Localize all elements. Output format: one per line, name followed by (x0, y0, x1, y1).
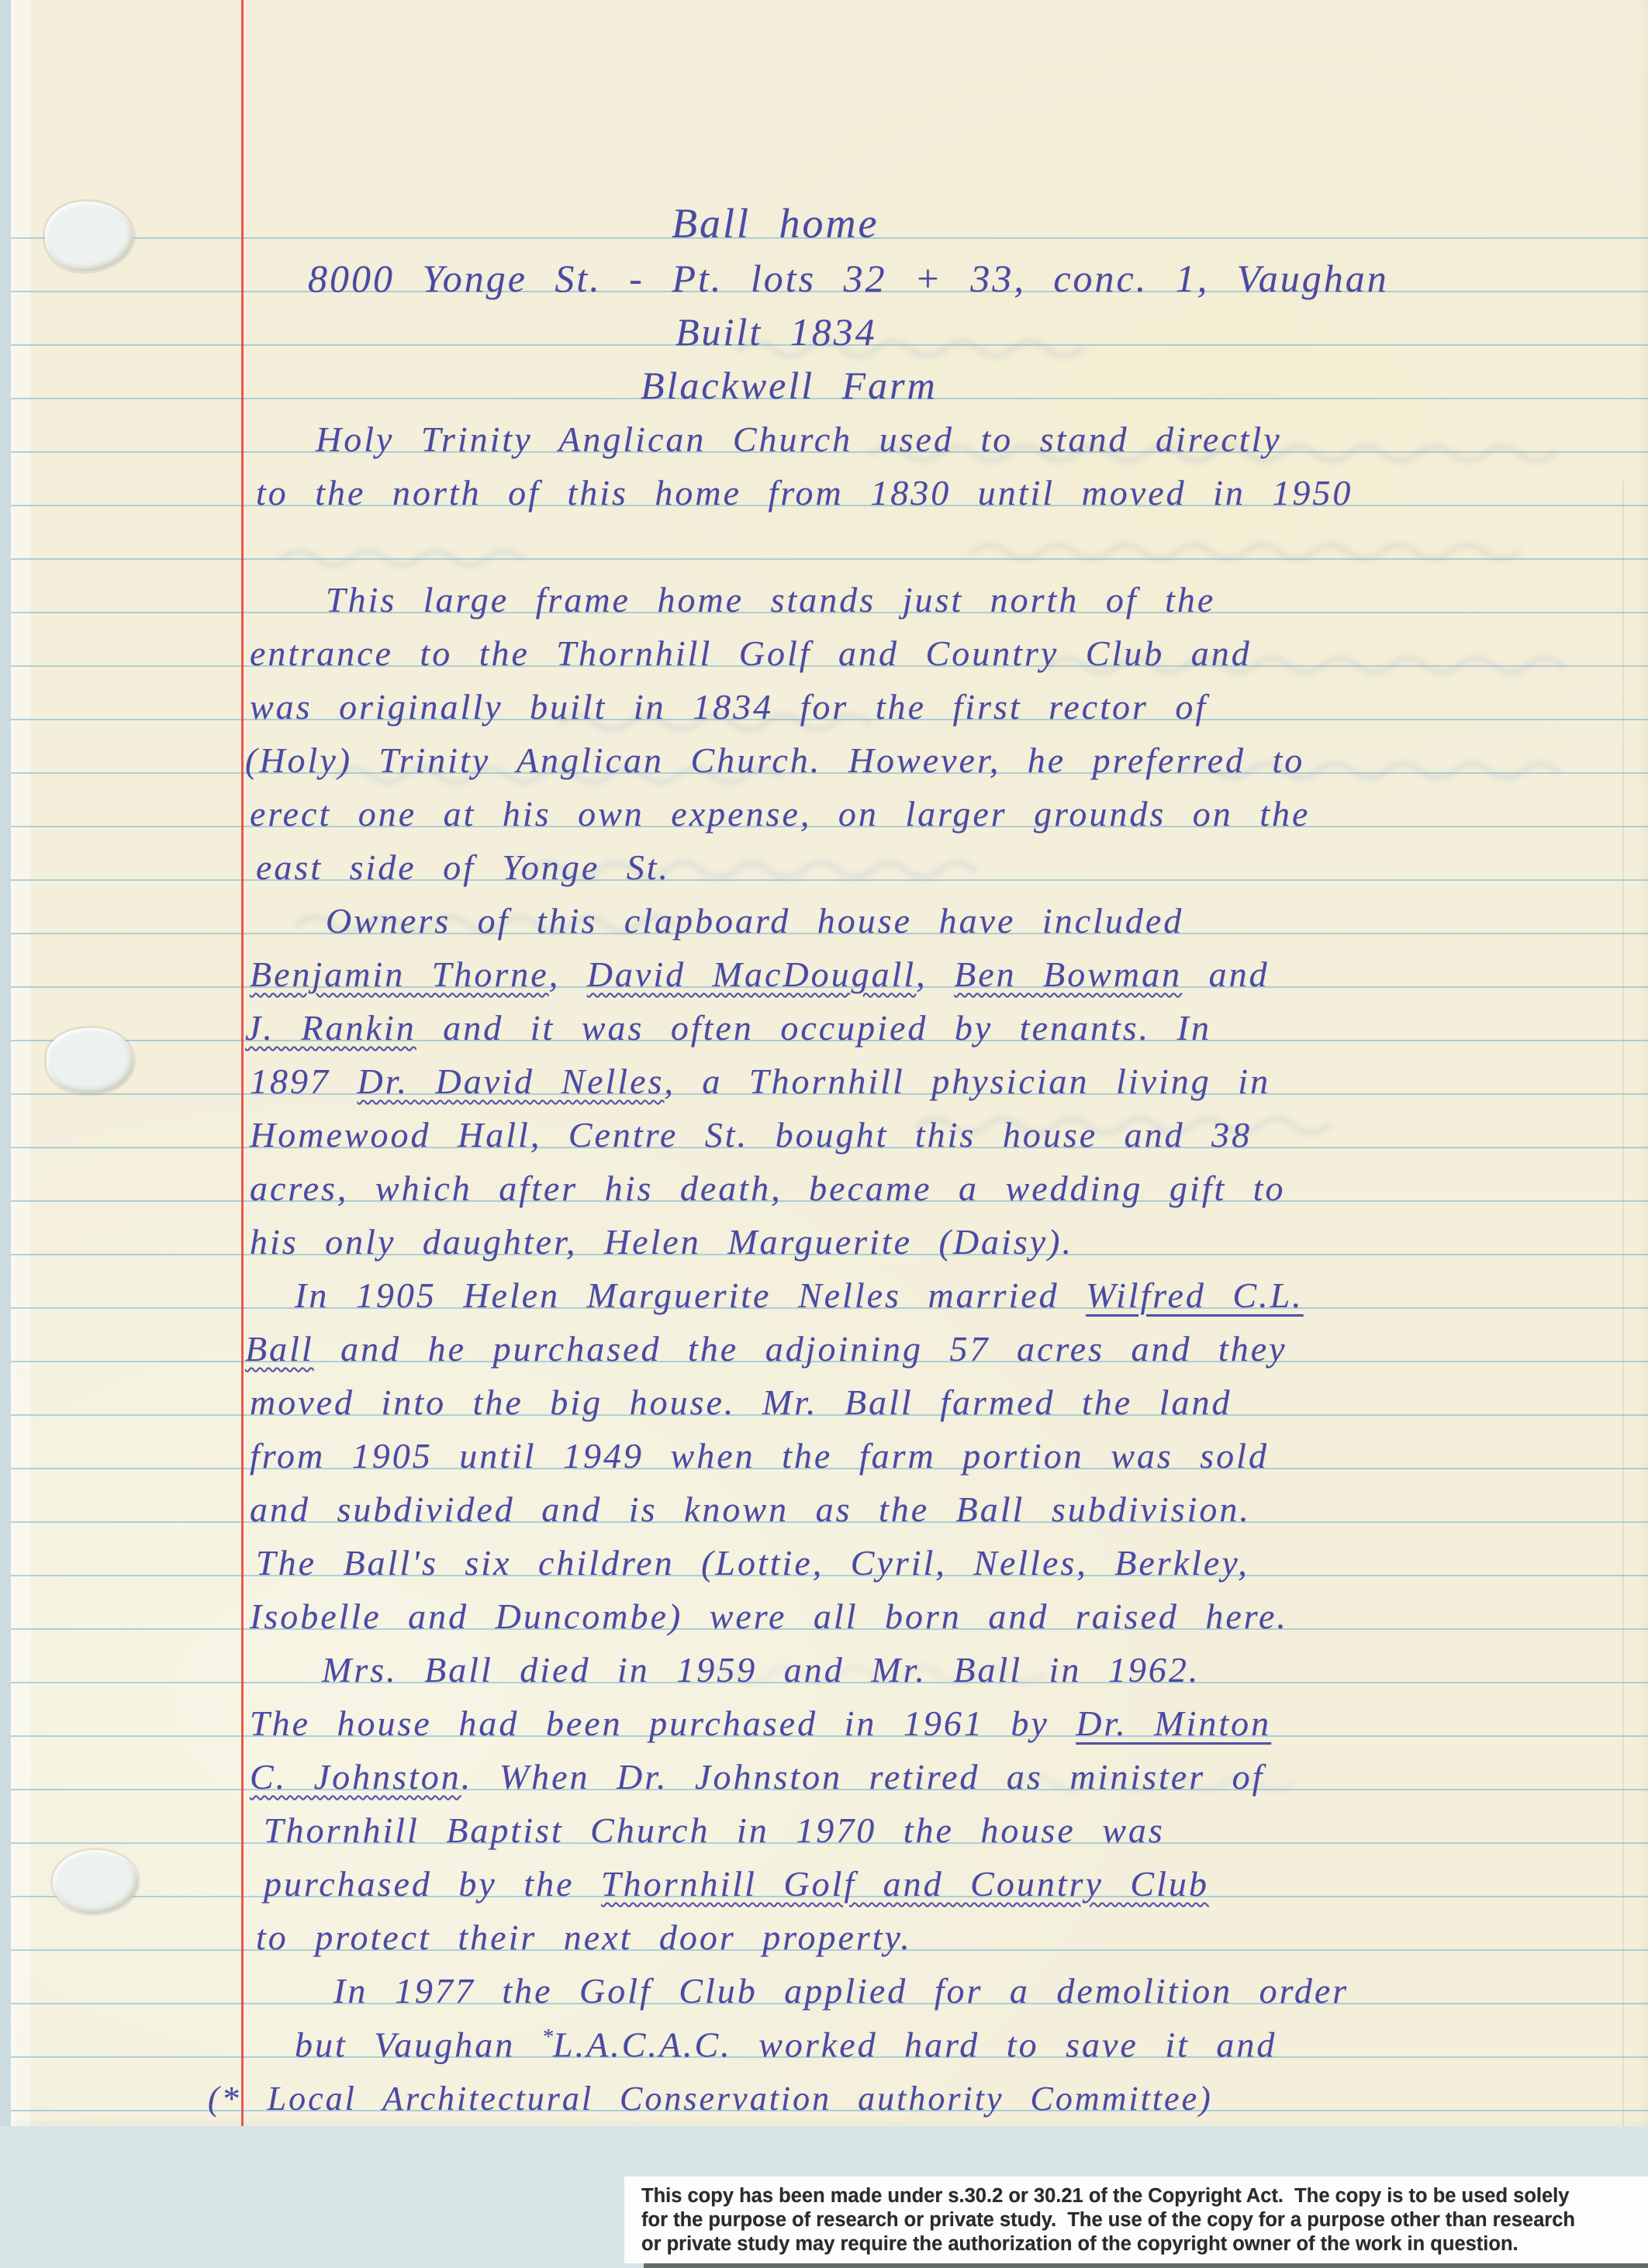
copyright-notice-line: or private study may require the authori… (641, 2232, 1648, 2256)
handwritten-line: to the north of this home from 1830 unti… (256, 475, 1353, 511)
handwriting-text: In 1905 Helen Marguerite Nelles married (295, 1276, 1086, 1315)
handwriting-text: Thornhill Baptist Church in 1970 the hou… (264, 1811, 1165, 1850)
handwriting-text: erect one at his own expense, on larger … (250, 794, 1310, 834)
handwriting-text: , (549, 954, 587, 994)
handwriting-text: and subdivided and is known as the Ball … (250, 1490, 1251, 1529)
handwritten-line: but Vaughan *L.A.C.A.C. worked hard to s… (295, 2027, 1277, 2063)
handwritten-line: Benjamin Thorne, David MacDougall, Ben B… (250, 957, 1270, 992)
handwriting-text: Mrs. Ball died in 1959 and Mr. Ball in 1… (322, 1650, 1200, 1690)
handwriting-text: The Ball's six children (Lottie, Cyril, … (256, 1543, 1249, 1583)
handwriting-text: Owners of this clapboard house have incl… (326, 901, 1183, 941)
underlined-name: Dr. Minton (1076, 1704, 1271, 1743)
handwritten-line: This large frame home stands just north … (326, 582, 1215, 618)
handwritten-line: The Ball's six children (Lottie, Cyril, … (256, 1545, 1249, 1581)
handwritten-line: from 1905 until 1949 when the farm porti… (250, 1438, 1269, 1474)
handwriting-text: Isobelle and Duncombe) were all born and… (250, 1597, 1288, 1636)
handwriting-text: L.A.C.A.C. worked hard to save it and (553, 2025, 1277, 2064)
handwriting-text: Holy Trinity Anglican Church used to sta… (316, 419, 1282, 459)
handwriting-text: 1897 (250, 1062, 358, 1101)
handwritten-line: and subdivided and is known as the Ball … (250, 1492, 1251, 1528)
handwritten-line: In 1905 Helen Marguerite Nelles married … (295, 1278, 1304, 1314)
handwritten-line: Ball home (672, 202, 879, 244)
scan-bottom-edge (644, 2263, 1648, 2268)
copyright-notice-line: for the purpose of research or private s… (641, 2208, 1648, 2232)
handwriting-text: This large frame home stands just north … (326, 580, 1215, 620)
scanned-page: Ball home8000 Yonge St. - Pt. lots 32 + … (0, 0, 1648, 2268)
handwriting-text: moved into the big house. Mr. Ball farme… (250, 1383, 1232, 1422)
handwritten-line: Isobelle and Duncombe) were all born and… (250, 1599, 1288, 1635)
handwriting-text: acres, which after his death, became a w… (250, 1169, 1286, 1208)
handwriting-text: , a Thornhill physician living in (664, 1062, 1270, 1101)
handwriting-text: (* Local Architectural Conservation auth… (208, 2080, 1213, 2118)
handwritten-line: erect one at his own expense, on larger … (250, 796, 1310, 832)
handwriting-text: purchased by the (264, 1864, 601, 1904)
handwritten-line: was originally built in 1834 for the fir… (250, 689, 1207, 725)
handwriting-text: 8000 Yonge St. - Pt. lots 32 + 33, conc.… (308, 257, 1389, 300)
handwritten-line: J. Rankin and it was often occupied by t… (245, 1010, 1211, 1046)
handwritten-line: Thornhill Baptist Church in 1970 the hou… (264, 1813, 1165, 1849)
handwritten-line: 8000 Yonge St. - Pt. lots 32 + 33, conc.… (308, 259, 1389, 298)
underlined-name: C. Johnston (250, 1757, 461, 1797)
scanner-edge-strip (0, 0, 11, 2126)
handwriting-text: and (1182, 954, 1270, 994)
notebook-paper: Ball home8000 Yonge St. - Pt. lots 32 + … (11, 0, 1648, 2126)
handwriting-text: Homewood Hall, Centre St. bought this ho… (250, 1115, 1252, 1155)
handwritten-line: Blackwell Farm (641, 366, 938, 405)
handwriting-text: was originally built in 1834 for the fir… (250, 687, 1207, 727)
handwritten-text: Ball home8000 Yonge St. - Pt. lots 32 + … (11, 0, 1648, 2126)
handwriting-text: entrance to the Thornhill Golf and Count… (250, 633, 1252, 673)
handwritten-line: Built 1834 (675, 312, 877, 351)
handwriting-text: and he purchased the adjoining 57 acres … (314, 1329, 1287, 1369)
footnote-asterisk: * (542, 2025, 553, 2049)
copyright-notice-line: This copy has been made under s.30.2 or … (641, 2184, 1648, 2208)
hole-punch-middle (47, 1028, 133, 1093)
handwriting-text: to protect their next door property. (256, 1918, 912, 1957)
underlined-name: Dr. David Nelles (358, 1062, 665, 1101)
handwriting-text: and it was often occupied by tenants. In (416, 1008, 1211, 1048)
handwriting-text: his only daughter, Helen Marguerite (Dai… (250, 1222, 1073, 1262)
handwritten-line: Ball and he purchased the adjoining 57 a… (245, 1331, 1287, 1367)
handwriting-text: Built 1834 (675, 310, 877, 354)
handwritten-line: (Holy) Trinity Anglican Church. However,… (245, 743, 1304, 778)
underlined-name: Ben Bowman (954, 954, 1182, 994)
handwritten-line: Holy Trinity Anglican Church used to sta… (316, 422, 1282, 457)
handwritten-line: east side of Yonge St. (256, 850, 670, 885)
underlined-name: Wilfred C.L. (1086, 1276, 1304, 1315)
handwriting-text: . When Dr. Johnston retired as minister … (461, 1757, 1265, 1797)
handwriting-text: In 1977 the Golf Club applied for a demo… (333, 1971, 1349, 2011)
underlined-name: Benjamin Thorne (250, 954, 549, 994)
handwritten-line: Homewood Hall, Centre St. bought this ho… (250, 1117, 1252, 1153)
handwriting-text: but Vaughan (295, 2025, 542, 2064)
underlined-name: Ball (245, 1329, 314, 1369)
underlined-name: J. Rankin (245, 1008, 416, 1048)
handwritten-line: 1897 Dr. David Nelles, a Thornhill physi… (250, 1064, 1270, 1099)
handwritten-line: In 1977 the Golf Club applied for a demo… (333, 1973, 1349, 2009)
handwritten-line: (* Local Architectural Conservation auth… (208, 2082, 1213, 2116)
handwriting-text: Ball home (672, 200, 879, 247)
handwritten-line: The house had been purchased in 1961 by … (250, 1706, 1271, 1742)
handwriting-text: The house had been purchased in 1961 by (250, 1704, 1076, 1743)
handwriting-text: (Holy) Trinity Anglican Church. However,… (245, 740, 1304, 780)
copyright-notice: This copy has been made under s.30.2 or … (624, 2177, 1648, 2263)
handwritten-line: acres, which after his death, became a w… (250, 1171, 1286, 1206)
handwriting-text: from 1905 until 1949 when the farm porti… (250, 1436, 1269, 1476)
underlined-name: Thornhill Golf and Country Club (601, 1864, 1209, 1904)
handwritten-line: moved into the big house. Mr. Ball farme… (250, 1385, 1232, 1421)
handwriting-text: , (916, 954, 954, 994)
handwritten-line: his only daughter, Helen Marguerite (Dai… (250, 1224, 1073, 1260)
handwritten-line: C. Johnston. When Dr. Johnston retired a… (250, 1759, 1264, 1795)
handwriting-text: Blackwell Farm (641, 364, 938, 407)
handwriting-text: east side of Yonge St. (256, 847, 670, 887)
underlined-name: David MacDougall (587, 954, 916, 994)
handwritten-line: purchased by the Thornhill Golf and Coun… (264, 1866, 1209, 1902)
handwritten-line: entrance to the Thornhill Golf and Count… (250, 636, 1252, 671)
handwriting-text: to the north of this home from 1830 unti… (256, 473, 1353, 513)
handwritten-line: Mrs. Ball died in 1959 and Mr. Ball in 1… (322, 1652, 1200, 1688)
handwritten-line: to protect their next door property. (256, 1920, 912, 1956)
handwritten-line: Owners of this clapboard house have incl… (326, 903, 1183, 939)
